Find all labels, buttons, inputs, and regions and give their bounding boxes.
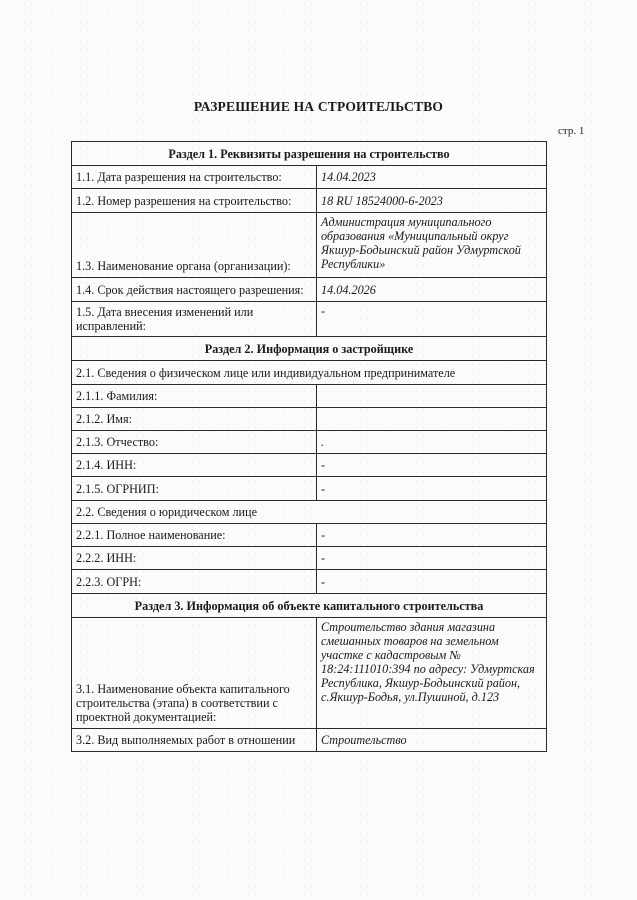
field-value: Строительство	[317, 729, 547, 752]
field-label-text: 3.1. Наименование объекта капитального с…	[76, 682, 312, 728]
field-value: -	[317, 547, 547, 570]
field-label: 2.1.3. Отчество:	[72, 431, 317, 454]
table-row: 2.1.2. Имя:	[72, 408, 547, 431]
field-value: Строительство здания магазина смешанных …	[317, 618, 547, 729]
field-label: 2.2.2. ИНН:	[72, 547, 317, 570]
field-label: 3.2. Вид выполняемых работ в отношении	[72, 729, 317, 752]
field-value: -	[317, 570, 547, 594]
table-row: 2.2.1. Полное наименование: -	[72, 524, 547, 547]
field-value: 14.04.2026	[317, 278, 547, 302]
field-value: 18 RU 18524000-6-2023	[317, 189, 547, 213]
table-row: 3.2. Вид выполняемых работ в отношении С…	[72, 729, 547, 752]
field-value: -	[317, 524, 547, 547]
section2-header-row: Раздел 2. Информация о застройщике	[72, 337, 547, 361]
field-value: -	[317, 302, 547, 337]
field-label: 2.1.2. Имя:	[72, 408, 317, 431]
section1-header-row: Раздел 1. Реквизиты разрешения на строит…	[72, 142, 547, 166]
section3-header-row: Раздел 3. Информация об объекте капиталь…	[72, 594, 547, 618]
table-row: 1.1. Дата разрешения на строительство: 1…	[72, 166, 547, 189]
table-row: 2.2.3. ОГРН: -	[72, 570, 547, 594]
subsection-heading: 2.2. Сведения о юридическом лице	[72, 501, 547, 524]
page-number: стр. 1	[558, 125, 584, 137]
table-row: 1.2. Номер разрешения на строительство: …	[72, 189, 547, 213]
field-label: 1.1. Дата разрешения на строительство:	[72, 166, 317, 189]
field-label: 1.5. Дата внесения изменений или исправл…	[72, 302, 317, 337]
field-value: Администрация муниципального образования…	[317, 213, 547, 278]
field-label: 2.1.1. Фамилия:	[72, 385, 317, 408]
field-value: .	[317, 431, 547, 454]
field-value	[317, 408, 547, 431]
field-label: 3.1. Наименование объекта капитального с…	[72, 618, 317, 729]
table-row: 3.1. Наименование объекта капитального с…	[72, 618, 547, 729]
field-label: 2.2.1. Полное наименование:	[72, 524, 317, 547]
field-label: 2.1.5. ОГРНИП:	[72, 477, 317, 501]
field-value: 14.04.2023	[317, 166, 547, 189]
field-label: 2.1.4. ИНН:	[72, 454, 317, 477]
subsection-row: 2.2. Сведения о юридическом лице	[72, 501, 547, 524]
field-label: 1.3. Наименование органа (организации):	[72, 213, 317, 278]
table-row: 1.5. Дата внесения изменений или исправл…	[72, 302, 547, 337]
table-row: 2.1.3. Отчество: .	[72, 431, 547, 454]
field-label: 2.2.3. ОГРН:	[72, 570, 317, 594]
field-value	[317, 385, 547, 408]
permit-table: Раздел 1. Реквизиты разрешения на строит…	[71, 141, 547, 752]
field-value: -	[317, 477, 547, 501]
field-label: 1.4. Срок действия настоящего разрешения…	[72, 278, 317, 302]
table-row: 1.4. Срок действия настоящего разрешения…	[72, 278, 547, 302]
section-heading: Раздел 3. Информация об объекте капиталь…	[72, 594, 547, 618]
subsection-row: 2.1. Сведения о физическом лице или инди…	[72, 361, 547, 385]
table-row: 2.1.4. ИНН: -	[72, 454, 547, 477]
table-row: 1.3. Наименование органа (организации): …	[72, 213, 547, 278]
section-heading: Раздел 1. Реквизиты разрешения на строит…	[72, 142, 547, 166]
table-row: 2.2.2. ИНН: -	[72, 547, 547, 570]
field-label: 1.2. Номер разрешения на строительство:	[72, 189, 317, 213]
document-title: РАЗРЕШЕНИЕ НА СТРОИТЕЛЬСТВО	[0, 99, 637, 115]
table-row: 2.1.5. ОГРНИП: -	[72, 477, 547, 501]
field-value: -	[317, 454, 547, 477]
table-row: 2.1.1. Фамилия:	[72, 385, 547, 408]
field-label-text: 1.3. Наименование органа (организации):	[76, 259, 312, 277]
subsection-heading: 2.1. Сведения о физическом лице или инди…	[72, 361, 547, 385]
section-heading: Раздел 2. Информация о застройщике	[72, 337, 547, 361]
